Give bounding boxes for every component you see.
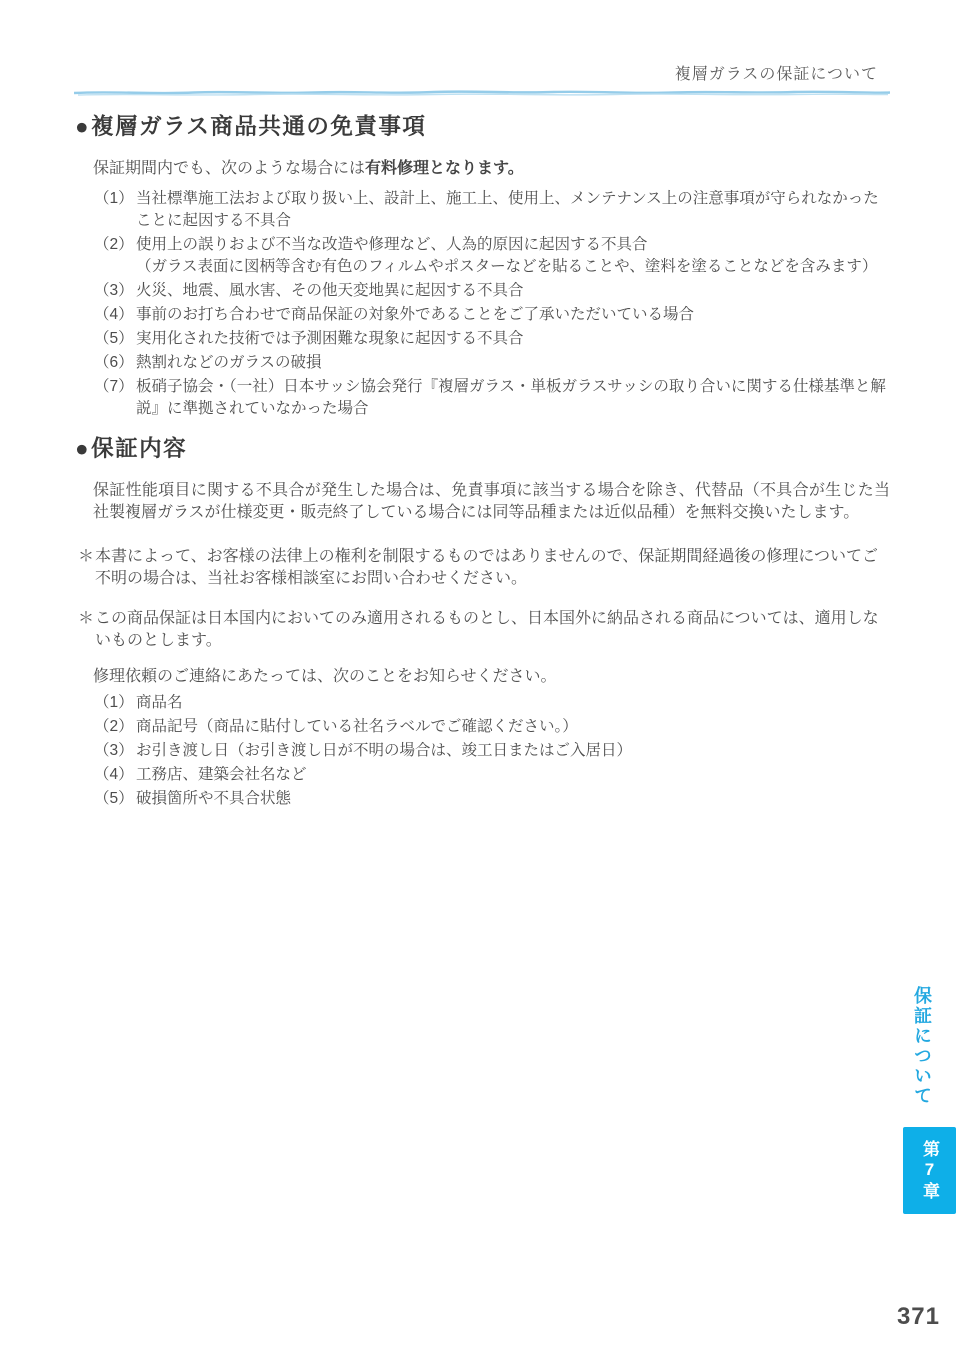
list-item-number: （1） — [94, 692, 136, 714]
list-item-number: （7） — [94, 376, 136, 420]
chapter-tab: 第7章 — [903, 1127, 956, 1214]
warranty-body: 保証性能項目に関する不具合が発生した場合は、免責事項に該当する場合を除き、代替品… — [93, 480, 890, 524]
exemption-list: （1） 当社標準施工法および取り扱い上、設計上、施工上、使用上、メンテナンス上の… — [94, 188, 890, 420]
list-item-text: 工務店、建築会社名など — [136, 764, 890, 786]
list-item-text: 使用上の誤りおよび不当な改造や修理など、人為的原因に起因する不具合 — [136, 234, 890, 256]
exemption-title-text: 複層ガラス商品共通の免責事項 — [91, 114, 426, 139]
list-item-number: （4） — [94, 304, 136, 326]
list-item-text: 事前のお打ち合わせで商品保証の対象外であることをご了承いただいている場合 — [136, 304, 890, 326]
list-item: （5） 実用化された技術では予測困難な現象に起因する不具合 — [94, 328, 890, 350]
page-number: 371 — [897, 1303, 940, 1331]
list-item: （7） 板硝子協会・（一社）日本サッシ協会発行『複層ガラス・単板ガラスサッシの取… — [94, 376, 890, 420]
exemption-intro: 保証期間内でも、次のような場合には有料修理となります。 — [93, 158, 890, 180]
list-item-number: （6） — [94, 352, 136, 374]
list-item-text: 商品名 — [136, 692, 890, 714]
list-item-number: （2） — [94, 234, 136, 278]
asterisk-marker: ＊ — [78, 546, 95, 590]
list-item-text: 商品記号（商品に貼付している社名ラベルでご確認ください。） — [136, 716, 890, 738]
list-item-number: （5） — [94, 788, 136, 810]
list-item-text: 破損箇所や不具合状態 — [136, 788, 890, 810]
list-item: （2） 商品記号（商品に貼付している社名ラベルでご確認ください。） — [94, 716, 890, 738]
list-item-number: （2） — [94, 716, 136, 738]
list-item: （6） 熱割れなどのガラスの破損 — [94, 352, 890, 374]
note-text: 本書によって、お客様の法律上の権利を制限するものではありませんので、保証期間経過… — [95, 546, 890, 590]
warranty-title-text: 保証内容 — [91, 436, 187, 461]
warranty-section: ●保証内容 保証性能項目に関する不具合が発生した場合は、免責事項に該当する場合を… — [75, 434, 890, 810]
section-bullet-icon: ● — [75, 436, 90, 461]
list-item-text: 実用化された技術では予測困難な現象に起因する不具合 — [136, 328, 890, 350]
warranty-section-title: ●保証内容 — [75, 434, 890, 464]
list-item-number: （5） — [94, 328, 136, 350]
decorative-wavy-rule — [74, 87, 890, 98]
list-item-number: （3） — [94, 740, 136, 762]
list-item: （2） 使用上の誤りおよび不当な改造や修理など、人為的原因に起因する不具合 （ガ… — [94, 234, 890, 278]
exemption-intro-normal: 保証期間内でも、次のような場合には — [93, 160, 365, 177]
list-item-number: （4） — [94, 764, 136, 786]
list-item-text: 熱割れなどのガラスの破損 — [136, 352, 890, 374]
list-item: （4） 工務店、建築会社名など — [94, 764, 890, 786]
note-domestic-only: ＊ この商品保証は日本国内においてのみ適用されるものとし、日本国外に納品される商… — [78, 608, 890, 652]
section-bullet-icon: ● — [75, 114, 90, 139]
chapter-tab-text: 第7章 — [917, 1140, 942, 1202]
list-item: （1） 商品名 — [94, 692, 890, 714]
exemption-intro-bold: 有料修理となります。 — [365, 160, 524, 177]
exemption-section-title: ●複層ガラス商品共通の免責事項 — [75, 112, 890, 142]
list-item-number: （3） — [94, 280, 136, 302]
list-item-text: 板硝子協会・（一社）日本サッシ協会発行『複層ガラス・単板ガラスサッシの取り合いに… — [136, 376, 890, 420]
document-page: 複層ガラスの保証について ●複層ガラス商品共通の免責事項 保証期間内でも、次のよ… — [0, 0, 960, 1358]
list-item-subtext: （ガラス表面に図柄等含む有色のフィルムやポスターなどを貼ることや、塗料を塗ること… — [136, 256, 890, 278]
asterisk-marker: ＊ — [78, 608, 95, 652]
main-content: ●複層ガラス商品共通の免責事項 保証期間内でも、次のような場合には有料修理となり… — [75, 112, 890, 812]
repair-request-intro: 修理依頼のご連絡にあたっては、次のことをお知らせください。 — [93, 666, 890, 688]
running-header: 複層ガラスの保証について — [675, 61, 878, 84]
list-item-number: （1） — [94, 188, 136, 232]
note-text: この商品保証は日本国内においてのみ適用されるものとし、日本国外に納品される商品に… — [95, 608, 890, 652]
list-item-text: お引き渡し日（お引き渡し日が不明の場合は、竣工日またはご入居日） — [136, 740, 890, 762]
list-item: （3） お引き渡し日（お引き渡し日が不明の場合は、竣工日またはご入居日） — [94, 740, 890, 762]
list-item: （5） 破損箇所や不具合状態 — [94, 788, 890, 810]
list-item: （1） 当社標準施工法および取り扱い上、設計上、施工上、使用上、メンテナンス上の… — [94, 188, 890, 232]
repair-info-list: （1） 商品名 （2） 商品記号（商品に貼付している社名ラベルでご確認ください。… — [94, 692, 890, 810]
note-legal-rights: ＊ 本書によって、お客様の法律上の権利を制限するものではありませんので、保証期間… — [78, 546, 890, 590]
list-item-text: 当社標準施工法および取り扱い上、設計上、施工上、使用上、メンテナンス上の注意事項… — [136, 188, 890, 232]
list-item: （3） 火災、地震、風水害、その他天変地異に起因する不具合 — [94, 280, 890, 302]
list-item-text: 火災、地震、風水害、その他天変地異に起因する不具合 — [136, 280, 890, 302]
list-item: （4） 事前のお打ち合わせで商品保証の対象外であることをご了承いただいている場合 — [94, 304, 890, 326]
chapter-side-label: 保証について — [909, 986, 935, 1106]
